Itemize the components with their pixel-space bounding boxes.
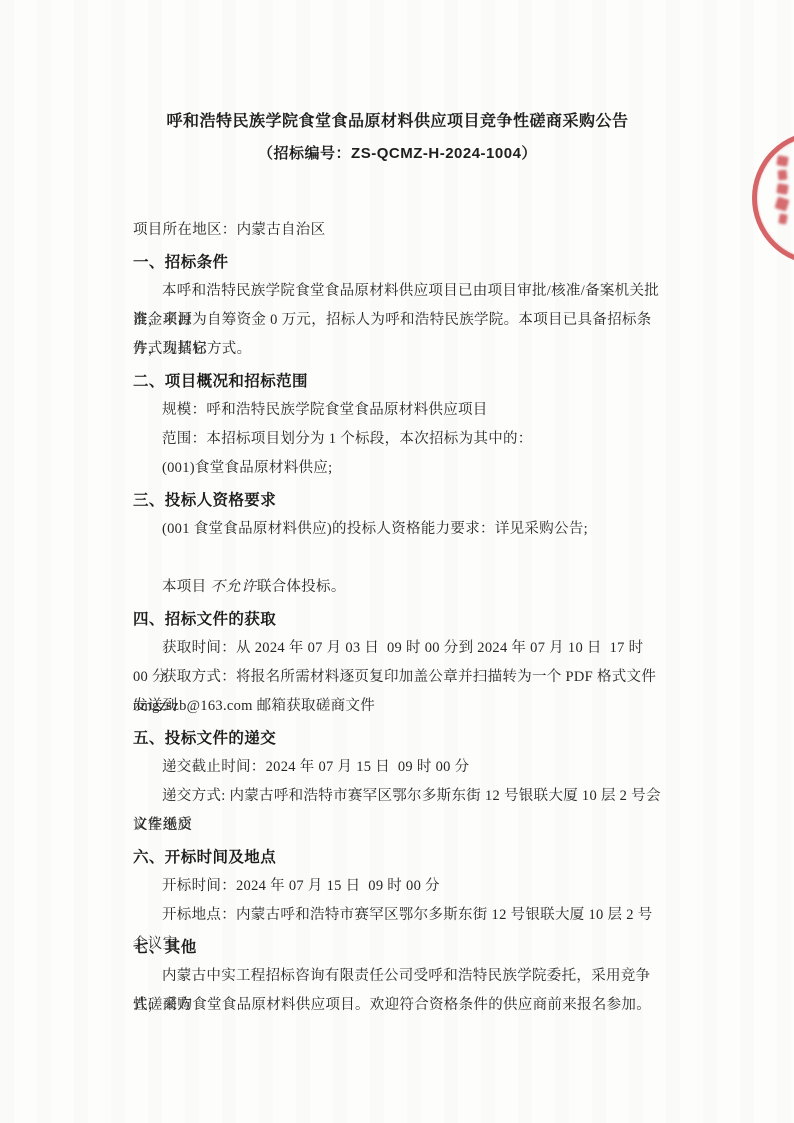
section-heading-3: 三、投标人资格要求 [133,483,662,515]
obtain-email-line: nmgzszb@163.com 邮箱获取磋商文件 [133,692,662,721]
blank-line [133,544,662,573]
submit-method-cont-line: 文件递交 [133,811,662,840]
open-time-line: 开标时间：2024 年 07 月 15 日 09 时 00 分 [133,872,662,901]
note-suffix: 联合体投标。 [257,579,346,595]
section1-line1: 本呼和浩特民族学院食堂食品原材料供应项目已由项目审批/核准/备案机关批准，项目 [133,277,662,306]
qualification-line: (001 食堂食品原材料供应)的投标人资格能力要求：详见采购公告; [133,515,662,544]
no-consortium-note: 本项目 不允许联合体投标。 [133,573,662,602]
scanned-document-page: 呼和浩特民族学院食堂食品原材料供应项目竞争性磋商采购公告 （招标编号：ZS-QC… [0,0,794,1123]
section1-line3: 方式为其它方式。 [133,335,662,364]
document-title: 呼和浩特民族学院食堂食品原材料供应项目竞争性磋商采购公告 [133,112,662,132]
lot-line: (001)食堂食品原材料供应; [133,454,662,483]
section-heading-5: 五、投标文件的递交 [133,721,662,753]
open-place-line: 开标地点：内蒙古呼和浩特市赛罕区鄂尔多斯东街 12 号银联大厦 10 层 2 号… [133,901,662,930]
section-heading-6: 六、开标时间及地点 [133,840,662,872]
section-heading-4: 四、招标文件的获取 [133,602,662,634]
section-heading-7: 七、其他 [133,930,662,962]
obtain-time-line: 获取时间：从 2024 年 07 月 03 日 09 时 00 分到 2024 … [133,634,662,663]
scope-line: 范围：本招标项目划分为 1 个标段，本次招标为其中的： [133,425,662,454]
scale-line: 规模：呼和浩特民族学院食堂食品原材料供应项目 [133,396,662,425]
submit-deadline-line: 递交截止时间：2024 年 07 月 15 日 09 时 00 分 [133,753,662,782]
section1-line2: 资金来源为自筹资金 0 万元，招标人为呼和浩特民族学院。本项目已具备招标条件，现… [133,306,662,335]
other-line2: 式，采购食堂食品原材料供应项目。欢迎符合资格条件的供应商前来报名参加。 [133,991,662,1020]
document-content: 呼和浩特民族学院食堂食品原材料供应项目竞争性磋商采购公告 （招标编号：ZS-QC… [133,112,662,1020]
submit-method-line: 递交方式: 内蒙古呼和浩特市赛罕区鄂尔多斯东街 12 号银联大厦 10 层 2 … [133,782,662,811]
note-italic-disallow: 不允许 [210,579,257,595]
obtain-method-line: 获取方式：将报名所需材料逐页复印加盖公章并扫描转为一个 PDF 格式文件发送到 [133,663,662,692]
tender-number-subtitle: （招标编号：ZS-QCMZ-H-2024-1004） [133,144,662,164]
red-seal-glyph-smudges-icon [772,152,792,228]
project-location-line: 项目所在地区：内蒙古自治区 [133,216,662,245]
section-heading-2: 二、项目概况和招标范围 [133,364,662,396]
note-prefix: 本项目 [162,579,210,595]
other-line1: 内蒙古中实工程招标咨询有限责任公司受呼和浩特民族学院委托，采用竞争性磋商方 [133,962,662,991]
section-heading-1: 一、招标条件 [133,245,662,277]
